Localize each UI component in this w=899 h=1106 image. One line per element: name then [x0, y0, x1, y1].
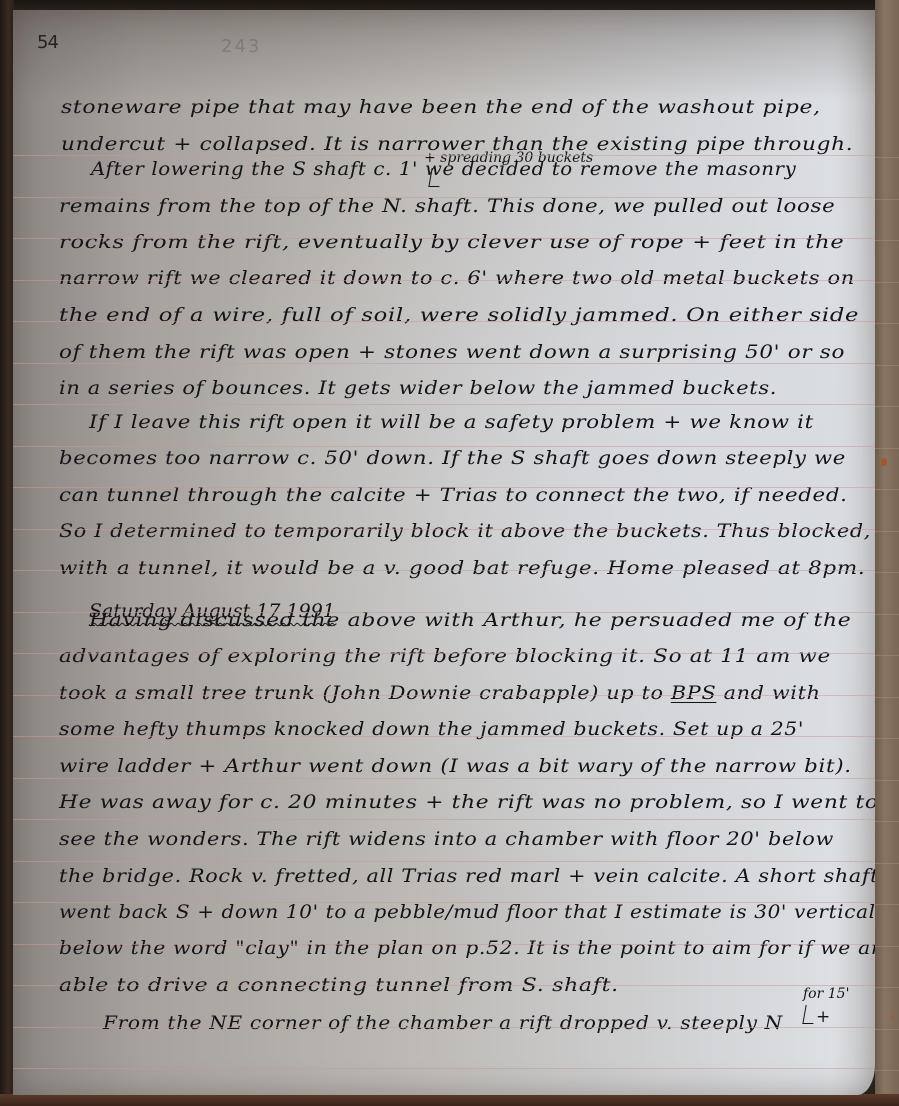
ruled-line	[13, 1027, 875, 1028]
notebook-page: 54 243 + spreading 30 buckets for 15' + …	[13, 10, 875, 1095]
handwritten-line: rocks from the rift, eventually by cleve…	[59, 231, 844, 253]
handwritten-line: with a tunnel, it would be a v. good bat…	[59, 557, 865, 579]
handwritten-line: the end of a wire, full of soil, were so…	[59, 304, 859, 326]
ruled-line	[13, 197, 875, 198]
ruled-line	[13, 736, 875, 737]
handwritten-line: the bridge. Rock v. fretted, all Trias r…	[59, 865, 875, 887]
underlined-abbreviation: BPS	[671, 682, 716, 704]
ruled-line	[13, 446, 875, 447]
handwritten-line: stoneware pipe that may have been the en…	[61, 96, 821, 118]
handwritten-line: After lowering the S shaft c. 1' we deci…	[91, 158, 796, 180]
handwritten-line: wire ladder + Arthur went down (I was a …	[59, 755, 852, 777]
ruled-line	[13, 653, 875, 654]
handwritten-line: in a series of bounces. It gets wider be…	[59, 377, 777, 399]
paper-stain	[891, 1015, 894, 1018]
handwritten-line: took a small tree trunk (John Downie cra…	[59, 682, 821, 704]
insertion-plus: +	[816, 1007, 830, 1027]
handwritten-line: some hefty thumps knocked down the jamme…	[59, 718, 804, 740]
handwritten-line: undercut + collapsed. It is narrower tha…	[61, 133, 853, 155]
ruled-line	[13, 570, 875, 571]
bleed-through-number: 243	[221, 36, 261, 57]
handwritten-line: If I leave this rift open it will be a s…	[89, 411, 814, 433]
ruled-line	[13, 1068, 875, 1069]
handwritten-line: From the NE corner of the chamber a rift…	[103, 1012, 783, 1034]
ruled-line	[13, 321, 875, 322]
ruled-line	[13, 363, 875, 364]
handwritten-line: He was away for c. 20 minutes + the rift…	[59, 791, 875, 813]
ruled-line	[13, 902, 875, 903]
ruled-line	[13, 487, 875, 488]
handwritten-line: went back S + down 10' to a pebble/mud f…	[59, 901, 875, 923]
ruled-line	[13, 819, 875, 820]
handwritten-line: advantages of exploring the rift before …	[59, 645, 831, 667]
ruled-line	[13, 529, 875, 530]
ruled-line	[13, 695, 875, 696]
ruled-line	[13, 944, 875, 945]
ruled-line	[13, 280, 875, 281]
ruled-line	[13, 155, 875, 156]
handwritten-line: below the word "clay" in the plan on p.5…	[59, 937, 875, 959]
paper-stain	[881, 458, 887, 466]
insertion-for-15-feet: for 15'	[803, 986, 849, 1002]
handwritten-line: narrow rift we cleared it down to c. 6' …	[59, 267, 855, 289]
ruled-line	[13, 612, 875, 613]
handwritten-line: becomes too narrow c. 50' down. If the S…	[59, 447, 846, 469]
ruled-line	[13, 985, 875, 986]
notebook-cover-edge	[0, 1094, 899, 1106]
adjacent-page-edge	[875, 0, 899, 1106]
ruled-line	[13, 238, 875, 239]
ruled-line	[13, 861, 875, 862]
handwritten-line: So I determined to temporarily block it …	[59, 520, 871, 542]
ruled-line	[13, 778, 875, 779]
bleed-through-mark	[77, 1046, 81, 1059]
handwritten-line: of them the rift was open + stones went …	[59, 341, 845, 363]
insertion-caret-2	[802, 1005, 816, 1024]
ruled-line	[13, 404, 875, 405]
handwritten-line: see the wonders. The rift widens into a …	[59, 828, 834, 850]
page-number: 54	[37, 32, 58, 53]
